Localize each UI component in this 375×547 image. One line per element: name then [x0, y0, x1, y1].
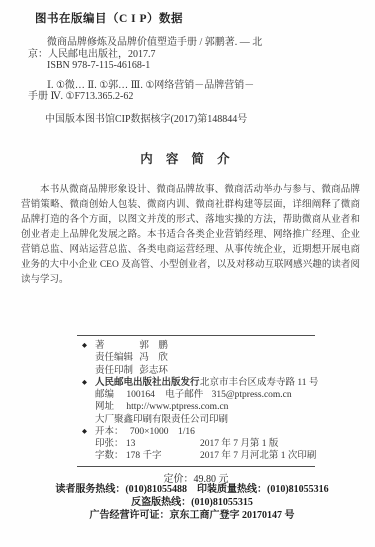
- format-row: ◆ 开本： 700×1000 1/16: [95, 426, 363, 438]
- edition-value: 2017 年 7 月第 1 版: [200, 438, 278, 450]
- summary-paragraph: 本书从微商品牌形象设计、微商品牌故事、微商活动举办与参与、微商品牌营销策略、微商…: [21, 183, 360, 288]
- print-editor-row: 责任印制 彭志环: [95, 365, 363, 377]
- ad-license: 广告经营许可证：京东工商广登字 20170147 号: [12, 510, 372, 523]
- postcode-email-row: 邮编 100164 电子邮件 315@ptpress.com.cn: [95, 389, 363, 401]
- cip-header: 图书在版编目（C I P）数据: [35, 10, 183, 26]
- spacer: [28, 103, 368, 114]
- diamond-icon: ◆: [82, 377, 87, 389]
- website-row: 网址 http://www.ptpress.com.cn: [95, 401, 363, 413]
- hotline-antipiracy: 反盗版热线：(010)81055315: [12, 497, 372, 510]
- author-row: ◆ 著 郭 鹏: [95, 340, 363, 352]
- words-value: 178 千字: [126, 451, 162, 461]
- cip-class-line-1: Ⅰ. ①微… Ⅱ. ①郭… Ⅲ. ①网络营销－品牌营销－: [28, 80, 368, 92]
- email-label: 电子邮件: [165, 390, 203, 400]
- postcode-label: 邮编: [95, 390, 114, 400]
- copyright-page: 图书在版编目（C I P）数据 微商品牌修炼及品牌价值塑造手册 / 郭鹏著. —…: [0, 0, 375, 547]
- colophon-block: ◆ 著 郭 鹏 责任编辑 冯 欣 责任印制 彭志环 ◆ 人民邮电出版社出版发行 …: [95, 340, 363, 463]
- cip-title-line-1: 微商品牌修炼及品牌价值塑造手册 / 郭鹏著. — 北: [28, 37, 368, 49]
- printing-company: 大厂聚鑫印刷有限责任公司印刷: [95, 415, 228, 425]
- cip-class-line-2: 手册 Ⅳ. ①F713.365.2-62: [28, 91, 368, 103]
- editor-value: 冯 欣: [139, 353, 168, 363]
- publisher-row: ◆ 人民邮电出版社出版发行 北京市丰台区成寿寺路 11 号: [95, 377, 363, 389]
- summary-heading: 内 容 简 介: [0, 149, 375, 167]
- cip-isbn-line: ISBN 978-7-115-46168-1: [28, 60, 368, 72]
- sheets-row: 印张： 13 2017 年 7 月第 1 版: [95, 438, 363, 450]
- cip-record-number: 中国版本图书馆CIP数据核字(2017)第148844号: [28, 114, 368, 126]
- printing-company-row: 大厂聚鑫印刷有限责任公司印刷: [95, 414, 363, 426]
- diamond-icon: ◆: [82, 340, 87, 352]
- format-label: 开本：: [95, 427, 124, 437]
- publisher-address: 北京市丰台区成寿寺路 11 号: [200, 377, 318, 389]
- words-label: 字数：: [95, 451, 124, 461]
- diamond-icon: ◆: [82, 426, 87, 438]
- cip-title-line-2: 京：人民邮电出版社，2017.7: [28, 49, 368, 61]
- editor-label: 责任编辑: [95, 352, 137, 364]
- author-value: 郭 鹏: [139, 341, 168, 351]
- publisher-name: 人民邮电出版社出版发行: [95, 378, 200, 388]
- website-label: 网址: [95, 402, 114, 412]
- email-value: 315@ptpress.com.cn: [212, 390, 292, 400]
- price-line: 定价：49.80 元: [77, 470, 315, 485]
- hotlines-block: 读者服务热线：(010)81055488 印装质量热线：(010)8105531…: [12, 484, 372, 522]
- hotline-service: 读者服务热线：(010)81055488 印装质量热线：(010)8105531…: [12, 484, 372, 497]
- sheets-label: 印张：: [95, 439, 124, 449]
- editor-row: 责任编辑 冯 欣: [95, 352, 363, 364]
- author-label: 著: [95, 340, 137, 352]
- sheets-value: 13: [126, 439, 136, 449]
- print-editor-label: 责任印制: [95, 365, 137, 377]
- print-editor-value: 彭志环: [139, 366, 168, 376]
- website-value: http://www.ptpress.com.cn: [126, 402, 228, 412]
- spacer: [28, 72, 368, 80]
- format-value: 700×1000 1/16: [130, 427, 195, 437]
- cip-catalog-block: 微商品牌修炼及品牌价值塑造手册 / 郭鹏著. — 北 京：人民邮电出版社，201…: [28, 37, 368, 125]
- divider-top: [77, 335, 315, 336]
- printing-value: 2017 年 7 月河北第 1 次印刷: [200, 450, 316, 462]
- words-row: 字数： 178 千字 2017 年 7 月河北第 1 次印刷: [95, 450, 363, 462]
- divider-bottom: [77, 466, 315, 467]
- postcode-value: 100164: [126, 390, 155, 400]
